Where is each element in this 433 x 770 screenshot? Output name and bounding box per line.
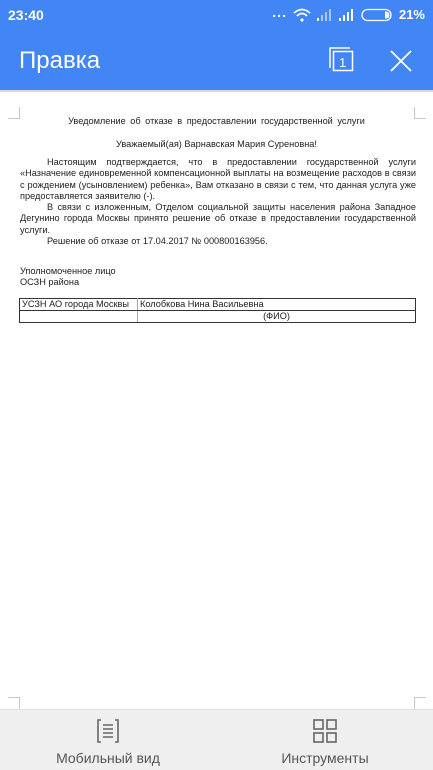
battery-icon: [361, 8, 393, 22]
table-row: (ФИО): [20, 311, 416, 323]
bottom-toolbar: Мобильный вид Инструменты: [0, 709, 433, 770]
tools-label: Инструменты: [217, 750, 433, 766]
table-cell: [20, 311, 138, 323]
tools-button[interactable]: Инструменты: [217, 710, 433, 770]
close-button[interactable]: [388, 48, 414, 74]
table-cell: УСЗН АО города Москвы: [20, 299, 138, 311]
signatory-block: Уполномоченное лицо ОСЗН района: [20, 266, 116, 289]
status-bar: 23:40 ... 21%: [0, 0, 433, 32]
paragraph: Настоящим подтверждается, что в предоста…: [20, 157, 416, 202]
more-dots-icon: ...: [272, 4, 287, 20]
signatory-line: ОСЗН района: [20, 277, 116, 288]
signature-table: УСЗН АО города Москвы Колобкова Нина Вас…: [19, 298, 416, 323]
table-cell: Колобкова Нина Васильевна: [138, 299, 416, 311]
mobile-view-label: Мобильный вид: [0, 750, 216, 766]
wifi-icon: [293, 8, 311, 22]
document-page[interactable]: Уведомление об отказе в предоставлении г…: [0, 92, 433, 709]
paragraph: Решение об отказе от 17.04.2017 № 000800…: [20, 236, 416, 247]
page-count-button[interactable]: 1: [328, 46, 356, 74]
signatory-line: Уполномоченное лицо: [20, 266, 116, 277]
battery-percent: 21%: [399, 7, 425, 22]
paragraph: В связи с изложенным, Отделом социальной…: [20, 202, 416, 236]
signal-icon: [339, 9, 355, 21]
page-corner-mark: [414, 697, 426, 709]
page-count: 1: [339, 55, 346, 70]
signal-weak-icon: [317, 9, 333, 21]
app-bar: Правка 1: [0, 32, 433, 90]
page-corner-mark: [8, 697, 20, 709]
table-cell: (ФИО): [138, 311, 416, 323]
close-icon: [388, 48, 414, 74]
app-title: Правка: [19, 47, 100, 75]
document-body: Настоящим подтверждается, что в предоста…: [20, 157, 416, 247]
status-time: 23:40: [8, 7, 44, 23]
status-icons: ... 21%: [272, 7, 425, 22]
tools-grid-icon: [313, 718, 337, 744]
document-greeting: Уважаемый(ая) Варнавская Мария Суреновна…: [0, 139, 433, 150]
mobile-view-icon: [96, 718, 120, 744]
table-row: УСЗН АО города Москвы Колобкова Нина Вас…: [20, 299, 416, 311]
mobile-view-button[interactable]: Мобильный вид: [0, 710, 216, 770]
document-title: Уведомление об отказе в предоставлении г…: [0, 116, 433, 127]
